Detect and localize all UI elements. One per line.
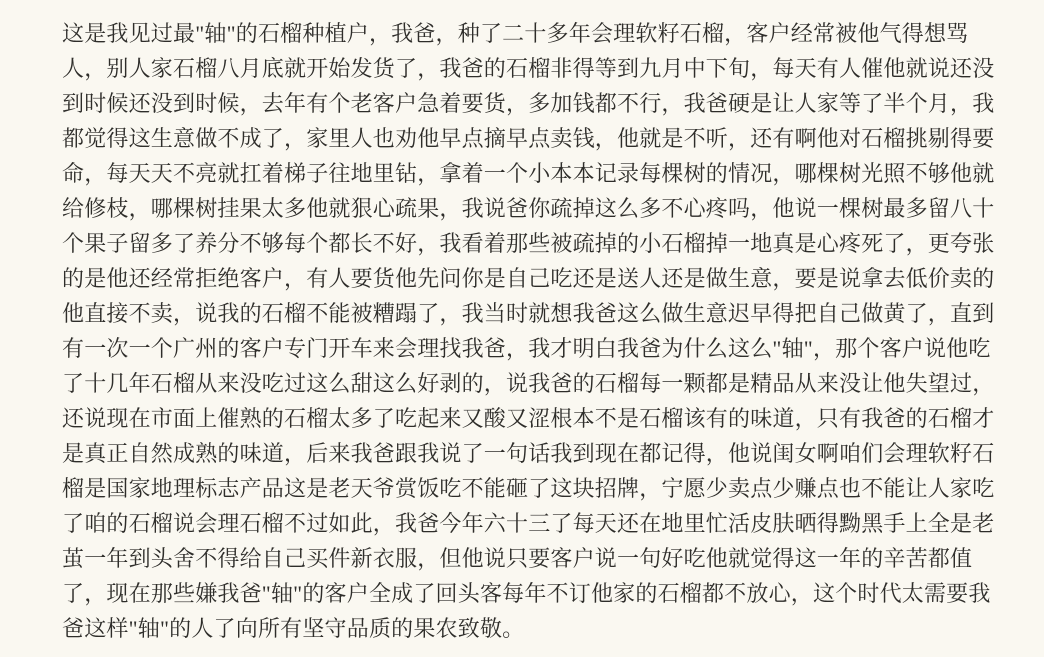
text-line: 了咱的石榴说会理石榴不过如此，我爸今年六十三了每天还在地里忙活皮肤晒得黝黑手上全… <box>62 506 994 541</box>
text-line: 榴是国家地理标志产品这是老天爷赏饭吃不能砸了这块招牌，宁愿少卖点少赚点也不能让人… <box>62 471 994 506</box>
text-line: 的是他还经常拒绝客户，有人要货他先问你是自己吃还是送人还是做生意，要是说拿去低价… <box>62 261 994 296</box>
text-line: 了十几年石榴从来没吃过这么甜这么好剥的，说我爸的石榴每一颗都是精品从来没让他失望… <box>62 366 994 401</box>
text-line: 了，现在那些嫌我爸"轴"的客户全成了回头客每年不订他家的石榴都不放心，这个时代太… <box>62 576 994 611</box>
text-line: 都觉得这生意做不成了，家里人也劝他早点摘早点卖钱，他就是不听，还有啊他对石榴挑剔… <box>62 121 994 156</box>
text-line: 这是我见过最"轴"的石榴种植户，我爸，种了二十多年会理软籽石榴，客户经常被他气得… <box>62 16 994 51</box>
document-page: 这是我见过最"轴"的石榴种植户，我爸，种了二十多年会理软籽石榴，客户经常被他气得… <box>0 0 1044 657</box>
text-line: 给修枝，哪棵树挂果太多他就狠心疏果，我说爸你疏掉这么多不心疼吗，他说一棵树最多留… <box>62 191 994 226</box>
text-line: 是真正自然成熟的味道，后来我爸跟我说了一句话我到现在都记得，他说闺女啊咱们会理软… <box>62 436 994 471</box>
text-line: 个果子留多了养分不够每个都长不好，我看着那些被疏掉的小石榴掉一地真是心疼死了，更… <box>62 226 994 261</box>
text-line: 茧一年到头舍不得给自己买件新衣服，但他说只要客户说一句好吃他就觉得这一年的辛苦都… <box>62 541 994 576</box>
text-line: 爸这样"轴"的人了向所有坚守品质的果农致敬。 <box>62 611 994 646</box>
text-line: 有一次一个广州的客户专门开车来会理找我爸，我才明白我爸为什么这么"轴"，那个客户… <box>62 331 994 366</box>
text-line: 命，每天天不亮就扛着梯子往地里钻，拿着一个小本本记录每棵树的情况，哪棵树光照不够… <box>62 156 994 191</box>
text-line: 他直接不卖，说我的石榴不能被糟蹋了，我当时就想我爸这么做生意迟早得把自己做黄了，… <box>62 296 994 331</box>
text-line: 人，别人家石榴八月底就开始发货了，我爸的石榴非得等到九月中下旬，每天有人催他就说… <box>62 51 994 86</box>
story-text: 这是我见过最"轴"的石榴种植户，我爸，种了二十多年会理软籽石榴，客户经常被他气得… <box>62 16 994 646</box>
text-line: 还说现在市面上催熟的石榴太多了吃起来又酸又涩根本不是石榴该有的味道，只有我爸的石… <box>62 401 994 436</box>
text-line: 到时候还没到时候，去年有个老客户急着要货，多加钱都不行，我爸硬是让人家等了半个月… <box>62 86 994 121</box>
page: { "page": { "background_color": "#faf8f1… <box>0 0 1044 657</box>
